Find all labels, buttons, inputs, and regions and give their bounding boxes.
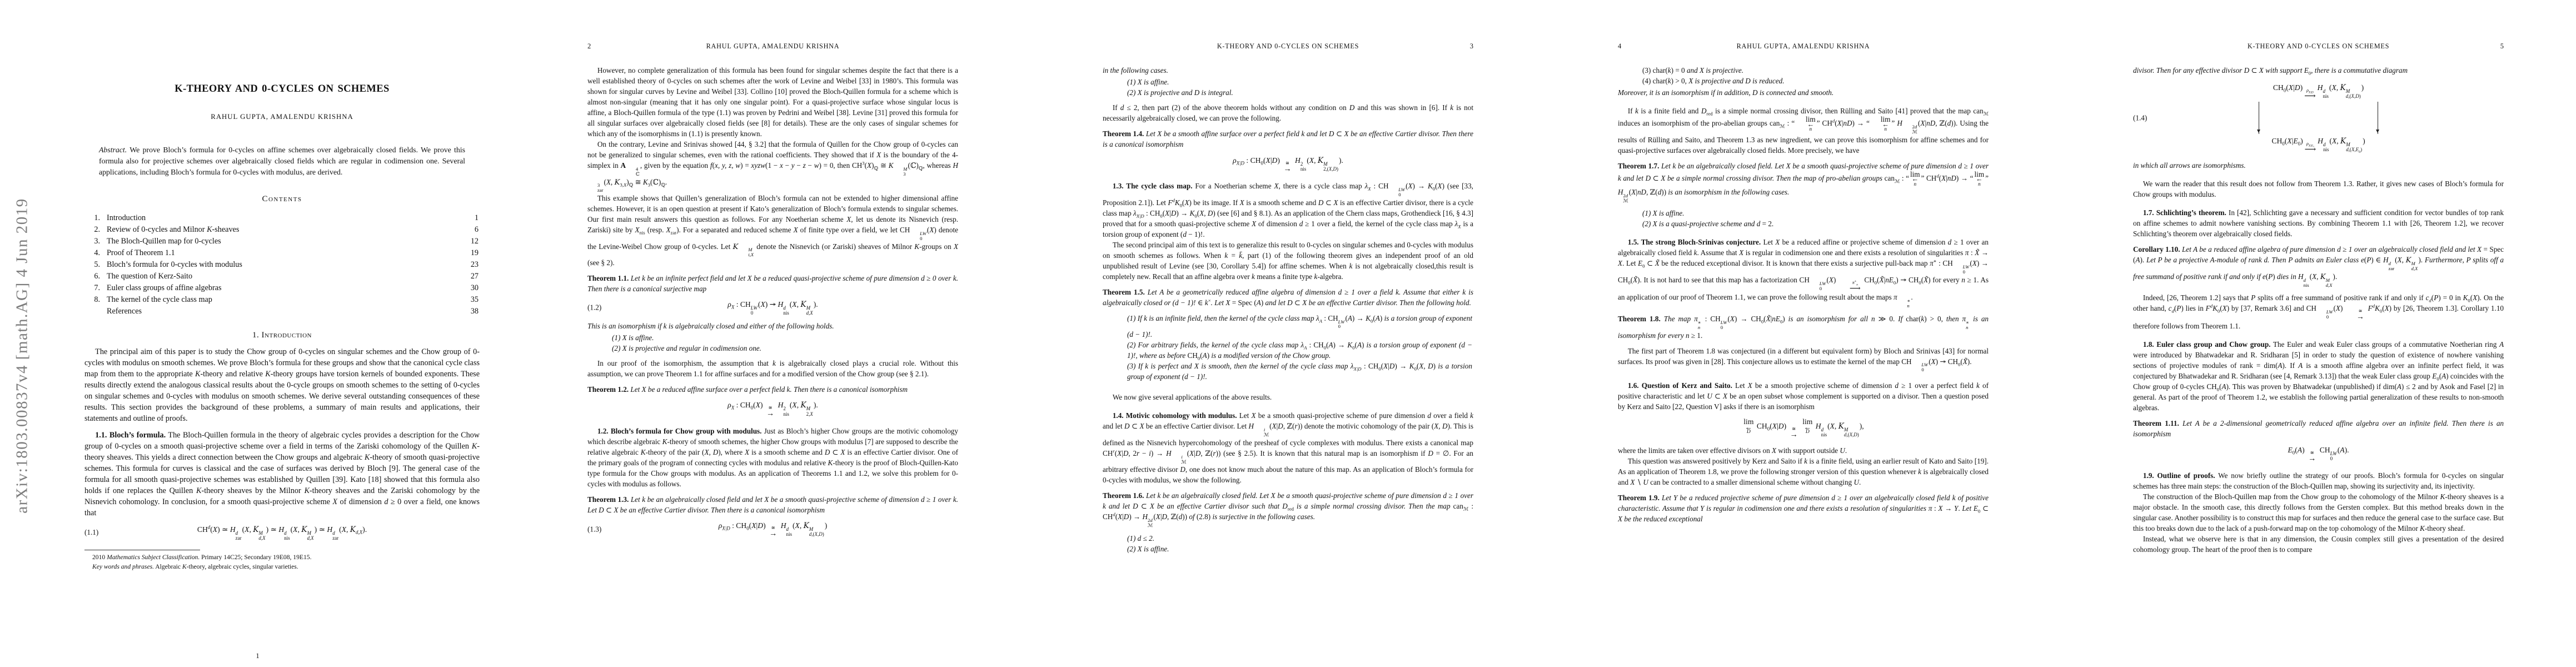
page-3: K-THEORY AND 0-CYCLES ON SCHEMES 3 in th… bbox=[1030, 0, 1546, 667]
page-4: 4 RAHUL GUPTA, AMALENDU KRISHNA (3) char… bbox=[1546, 0, 2061, 667]
theorem: Theorem 1.6. Let k be an algebraically c… bbox=[1103, 490, 1473, 528]
paragraph: 1.1. Bloch’s formula. The Bloch-Quillen … bbox=[84, 430, 480, 519]
list-item: (2) X is projective and regular in codim… bbox=[612, 343, 957, 354]
toc-number: 1. bbox=[86, 212, 100, 224]
running-head-text: RAHUL GUPTA, AMALENDU KRISHNA bbox=[1737, 42, 1870, 50]
toc-label: Euler class groups of affine algebras bbox=[107, 282, 471, 294]
running-head-text: K-THEORY AND 0-CYCLES ON SCHEMES bbox=[1217, 42, 1359, 50]
list-item: (1) If k is an infinite field, then the … bbox=[1127, 313, 1472, 340]
list-item: (1) X is affine. bbox=[1642, 208, 1987, 218]
theorem: Theorem 1.2. Let X be a reduced affine s… bbox=[587, 384, 958, 395]
equation-math: ρX : CH0(X) ≅→ H2nis(X, KM2,X). bbox=[728, 401, 818, 409]
toc-page: 30 bbox=[471, 282, 479, 294]
toc-number: 6. bbox=[86, 271, 100, 282]
toc-number: 2. bbox=[86, 224, 100, 236]
list-item: (3) char(k) = 0 and X is projective. bbox=[1642, 65, 1987, 76]
toc-label: Proof of Theorem 1.1 bbox=[107, 247, 471, 259]
footnote: Key words and phrases. Algebraic K-theor… bbox=[84, 563, 480, 572]
toc-item: 8.The kernel of the cycle class map35 bbox=[86, 294, 479, 306]
theorem-continuation: Moreover, it is an isomorphism if in add… bbox=[1618, 87, 1989, 98]
toc-item: 6.The question of Kerz-Saito27 bbox=[86, 271, 479, 282]
page-number: 3 bbox=[1470, 42, 1473, 51]
list-item: (3) If k is perfect and X is smooth, the… bbox=[1127, 361, 1472, 382]
footnote-block: 2010 Mathematics Subject Classification.… bbox=[84, 550, 480, 571]
paragraph: This example shows that Quillen’s genera… bbox=[587, 193, 958, 268]
paragraph: We now give several applications of the … bbox=[1103, 392, 1473, 402]
toc-item: 3.The Bloch-Quillen map for 0-cycles12 bbox=[86, 236, 479, 247]
equation-number: (1.3) bbox=[587, 524, 601, 534]
abstract: Abstract. We prove Bloch’s formula for 0… bbox=[99, 145, 465, 178]
page-number: 2 bbox=[587, 42, 591, 51]
toc-number: 5. bbox=[86, 259, 100, 271]
display-equation: ρX|D : CH0(X|D) ≅→ H2nis(X, KM2,(X,D)). bbox=[1103, 155, 1473, 173]
toc-number: 8. bbox=[86, 294, 100, 306]
display-equation: (1.1) CHd(X) ≃ Hdzar(X, KMd,X) ≃ Hdnis(X… bbox=[84, 524, 480, 541]
paper-title: K-THEORY AND 0-CYCLES ON SCHEMES bbox=[84, 0, 480, 94]
equation-number: (1.4) bbox=[2133, 113, 2147, 123]
running-head-text: K-THEORY AND 0-CYCLES ON SCHEMES bbox=[2248, 42, 2389, 50]
equation-math: ρX|D : CH0(X|D) ≅→ H2nis(X, KM2,(X,D)). bbox=[1233, 156, 1343, 165]
theorem: Theorem 1.9. Let Y be a reduced projecti… bbox=[1618, 492, 1989, 524]
display-equation: lim←D CH0(X|D) ≅→ lim←D Hdnis(X, KMd,(X,… bbox=[1618, 419, 1989, 439]
section-heading: 1. Introduction bbox=[84, 330, 480, 341]
theorem: Theorem 1.3. Let k be an algebraically c… bbox=[587, 494, 958, 515]
diagram-bottom-row: CH0(X|E0)ρX|E₀⟶Hdnis(X, KMd,(X,E0)) bbox=[2259, 136, 2378, 153]
page-number: 5 bbox=[2500, 42, 2504, 51]
equation-number: (1.1) bbox=[84, 527, 98, 538]
theorem-continuation: in which all arrows are isomorphisms. bbox=[2133, 160, 2504, 171]
toc-label: The question of Kerz-Saito bbox=[107, 271, 471, 282]
paragraph: where the limits are taken over effectiv… bbox=[1618, 445, 1989, 456]
running-head-text: RAHUL GUPTA, AMALENDU KRISHNA bbox=[706, 42, 840, 50]
toc-item: 7.Euler class groups of affine algebras3… bbox=[86, 282, 479, 294]
down-arrow-icon bbox=[2259, 102, 2259, 134]
list-item: (1) d ≤ 2. bbox=[1127, 533, 1472, 544]
page-3-column: in the following cases. (1) X is affine.… bbox=[1103, 65, 1473, 554]
list-item: (2) X is projective and D is integral. bbox=[1127, 87, 1472, 98]
toc-item: 5.Bloch’s formula for 0-cycles with modu… bbox=[86, 259, 479, 271]
toc-page: 23 bbox=[471, 259, 479, 271]
display-equation: ρX : CH0(X) ≅→ H2nis(X, KM2,X). bbox=[587, 400, 958, 417]
page-1-column: K-THEORY AND 0-CYCLES ON SCHEMES RAHUL G… bbox=[84, 0, 480, 571]
theorem-continuation: This is an isomorphism if k is algebraic… bbox=[587, 321, 958, 331]
theorem: Theorem 1.1. Let k be an infinite perfec… bbox=[587, 273, 958, 294]
display-equation: (1.2) ρX : CHLW0(X) ↠ Hdnis(X, KMd,X). bbox=[587, 299, 958, 316]
toc-number: 3. bbox=[86, 236, 100, 247]
toc-page: 27 bbox=[471, 271, 479, 282]
page-number: 4 bbox=[1618, 42, 1621, 51]
contents-heading: Contents bbox=[84, 193, 480, 205]
toc-number bbox=[86, 306, 100, 317]
display-equation: E0(A) ≅→ CHLW0(A). bbox=[2133, 445, 2504, 462]
toc-page: 19 bbox=[471, 247, 479, 259]
paragraph: 1.6. Question of Kerz and Saito. Let X b… bbox=[1618, 380, 1989, 412]
toc-number: 4. bbox=[86, 247, 100, 259]
paragraph: Indeed, [26, Theorem 1.2] says that P sp… bbox=[2133, 292, 2504, 331]
running-head: K-THEORY AND 0-CYCLES ON SCHEMES 3 bbox=[1103, 42, 1473, 51]
paragraph: If d ≤ 2, then part (2) of the above the… bbox=[1103, 102, 1473, 123]
toc-item: 1.Introduction1 bbox=[86, 212, 479, 224]
toc-label: The Bloch-Quillen map for 0-cycles bbox=[107, 236, 471, 247]
paragraph: In our proof of the isomorphism, the ass… bbox=[587, 358, 958, 379]
commutative-diagram: (1.4) CH0(X|D)ρX|D⟶Hdnis(X, KMd,(X,D)) C… bbox=[2133, 82, 2504, 153]
footnote-rule bbox=[84, 550, 200, 550]
page-5-column: divisor. Then for any effective divisor … bbox=[2133, 65, 2504, 555]
running-head: K-THEORY AND 0-CYCLES ON SCHEMES 5 bbox=[2133, 42, 2504, 51]
paragraph: The principal aim of this paper is to st… bbox=[84, 346, 480, 424]
toc-number: 7. bbox=[86, 282, 100, 294]
toc-page: 12 bbox=[471, 236, 479, 247]
paragraph: However, no complete generalization of t… bbox=[587, 65, 958, 139]
diagram-top-row: CH0(X|D)ρX|D⟶Hdnis(X, KMd,(X,D)) bbox=[2259, 82, 2378, 100]
paragraph: This question was answered positively by… bbox=[1618, 456, 1989, 487]
toc-label: Bloch’s formula for 0-cycles with modulu… bbox=[107, 259, 471, 271]
paragraph: 1.3. The cycle class map. For a Noetheri… bbox=[1103, 181, 1473, 240]
theorem: Theorem 1.8. The map π∗n : CHLW0(X) → CH… bbox=[1618, 313, 1989, 341]
theorem: Theorem 1.5. Let A be a geometrically re… bbox=[1103, 287, 1473, 308]
toc-page: 1 bbox=[475, 212, 479, 224]
theorem-continuation: divisor. Then for any effective divisor … bbox=[2133, 65, 2504, 76]
paragraph: 1.4. Motivic cohomology with modulus. Le… bbox=[1103, 410, 1473, 485]
paragraph: The construction of the Bloch-Quillen ma… bbox=[2133, 491, 2504, 534]
theorem: Theorem 1.7. Let k be an algebraically c… bbox=[1618, 161, 1989, 203]
list-item: (1) X is affine. bbox=[612, 332, 957, 343]
paragraph: The first part of Theorem 1.8 was conjec… bbox=[1618, 346, 1989, 373]
theorem-continuation: in the following cases. bbox=[1103, 65, 1473, 76]
toc-label: References bbox=[107, 306, 471, 317]
display-equation: (1.3) ρX|D : CH0(X|D) ≅→ Hdnis(X, KMd,(X… bbox=[587, 520, 958, 538]
toc-page: 6 bbox=[475, 224, 479, 236]
equation-math: ρX|D : CH0(X|D) ≅→ Hdnis(X, KMd,(X,D)) bbox=[719, 521, 827, 530]
equation-number: (1.2) bbox=[587, 302, 601, 313]
list-item: (2) For arbitrary fields, the kernel of … bbox=[1127, 340, 1472, 361]
paragraph: 1.8. Euler class group and Chow group. T… bbox=[2133, 339, 2504, 413]
paragraph: 1.9. Outline of proofs. We now briefly o… bbox=[2133, 470, 2504, 491]
theorem: Theorem 1.4. Let X be a smooth affine su… bbox=[1103, 128, 1473, 150]
equation-math: CHd(X) ≃ Hdzar(X, KMd,X) ≃ Hdnis(X, KMd,… bbox=[197, 525, 367, 534]
page-4-column: (3) char(k) = 0 and X is projective. (4)… bbox=[1618, 65, 1989, 524]
list-item: (2) X is affine. bbox=[1127, 544, 1472, 554]
diagram-vertical-arrows bbox=[2259, 102, 2378, 134]
toc-item: 4.Proof of Theorem 1.119 bbox=[86, 247, 479, 259]
toc-label: The kernel of the cycle class map bbox=[107, 294, 471, 306]
list-item: (2) X is a quasi-projective scheme and d… bbox=[1642, 218, 1987, 229]
running-head: 4 RAHUL GUPTA, AMALENDU KRISHNA bbox=[1618, 42, 1989, 51]
paper-authors: RAHUL GUPTA, AMALENDU KRISHNA bbox=[84, 111, 480, 122]
toc-page: 35 bbox=[471, 294, 479, 306]
page-2-column: However, no complete generalization of t… bbox=[587, 65, 958, 538]
diagram-body: CH0(X|D)ρX|D⟶Hdnis(X, KMd,(X,D)) CH0(X|E… bbox=[2259, 82, 2378, 153]
theorem: Corollary 1.10. Let A be a reduced affin… bbox=[2133, 244, 2504, 287]
list-item: (1) X is affine. bbox=[1127, 77, 1472, 87]
paragraph: 1.7. Schlichting’s theorem. In [42], Sch… bbox=[2133, 207, 2504, 239]
list-item: (4) char(k) > 0, X is projective and D i… bbox=[1642, 76, 1987, 86]
table-of-contents: 1.Introduction1 2.Review of 0-cycles and… bbox=[86, 212, 479, 317]
page-number: 1 bbox=[0, 652, 515, 660]
toc-item: 2.Review of 0-cycles and Milnor K-sheave… bbox=[86, 224, 479, 236]
toc-label: Review of 0-cycles and Milnor K-sheaves bbox=[107, 224, 475, 236]
paragraph: If k is a finite field and Dred is a sim… bbox=[1618, 106, 1989, 156]
arxiv-watermark: arXiv:1803.00837v4 [math.AG] 4 Jun 2019 bbox=[13, 198, 32, 514]
equation-math: E0(A) ≅→ CHLW0(A). bbox=[2288, 446, 2349, 454]
paragraph: On the contrary, Levine and Srinivas sho… bbox=[587, 139, 958, 193]
theorem: Theorem 1.11. Let A be a 2-dimensional g… bbox=[2133, 418, 2504, 439]
paragraph: We warn the reader that this result does… bbox=[2133, 178, 2504, 200]
toc-page: 38 bbox=[471, 306, 479, 317]
page-2: 2 RAHUL GUPTA, AMALENDU KRISHNA However,… bbox=[515, 0, 1030, 667]
toc-item: References38 bbox=[86, 306, 479, 317]
toc-label: Introduction bbox=[107, 212, 475, 224]
equation-math: lim←D CH0(X|D) ≅→ lim←D Hdnis(X, KMd,(X,… bbox=[1742, 422, 1864, 430]
page-5: K-THEORY AND 0-CYCLES ON SCHEMES 5 divis… bbox=[2061, 0, 2576, 667]
paragraph: 1.5. The strong Bloch-Srinivas conjectur… bbox=[1618, 237, 1989, 308]
running-head: 2 RAHUL GUPTA, AMALENDU KRISHNA bbox=[587, 42, 958, 51]
equation-math: ρX : CHLW0(X) ↠ Hdnis(X, KMd,X). bbox=[728, 300, 818, 308]
footnote: 2010 Mathematics Subject Classification.… bbox=[84, 553, 480, 563]
page-1: arXiv:1803.00837v4 [math.AG] 4 Jun 2019 … bbox=[0, 0, 515, 667]
paragraph: The second principal aim of this text is… bbox=[1103, 240, 1473, 282]
paragraph: 1.2. Bloch’s formula for Chow group with… bbox=[587, 426, 958, 489]
down-arrow-icon bbox=[2378, 102, 2378, 134]
paragraph: Instead, what we observe here is that in… bbox=[2133, 534, 2504, 555]
